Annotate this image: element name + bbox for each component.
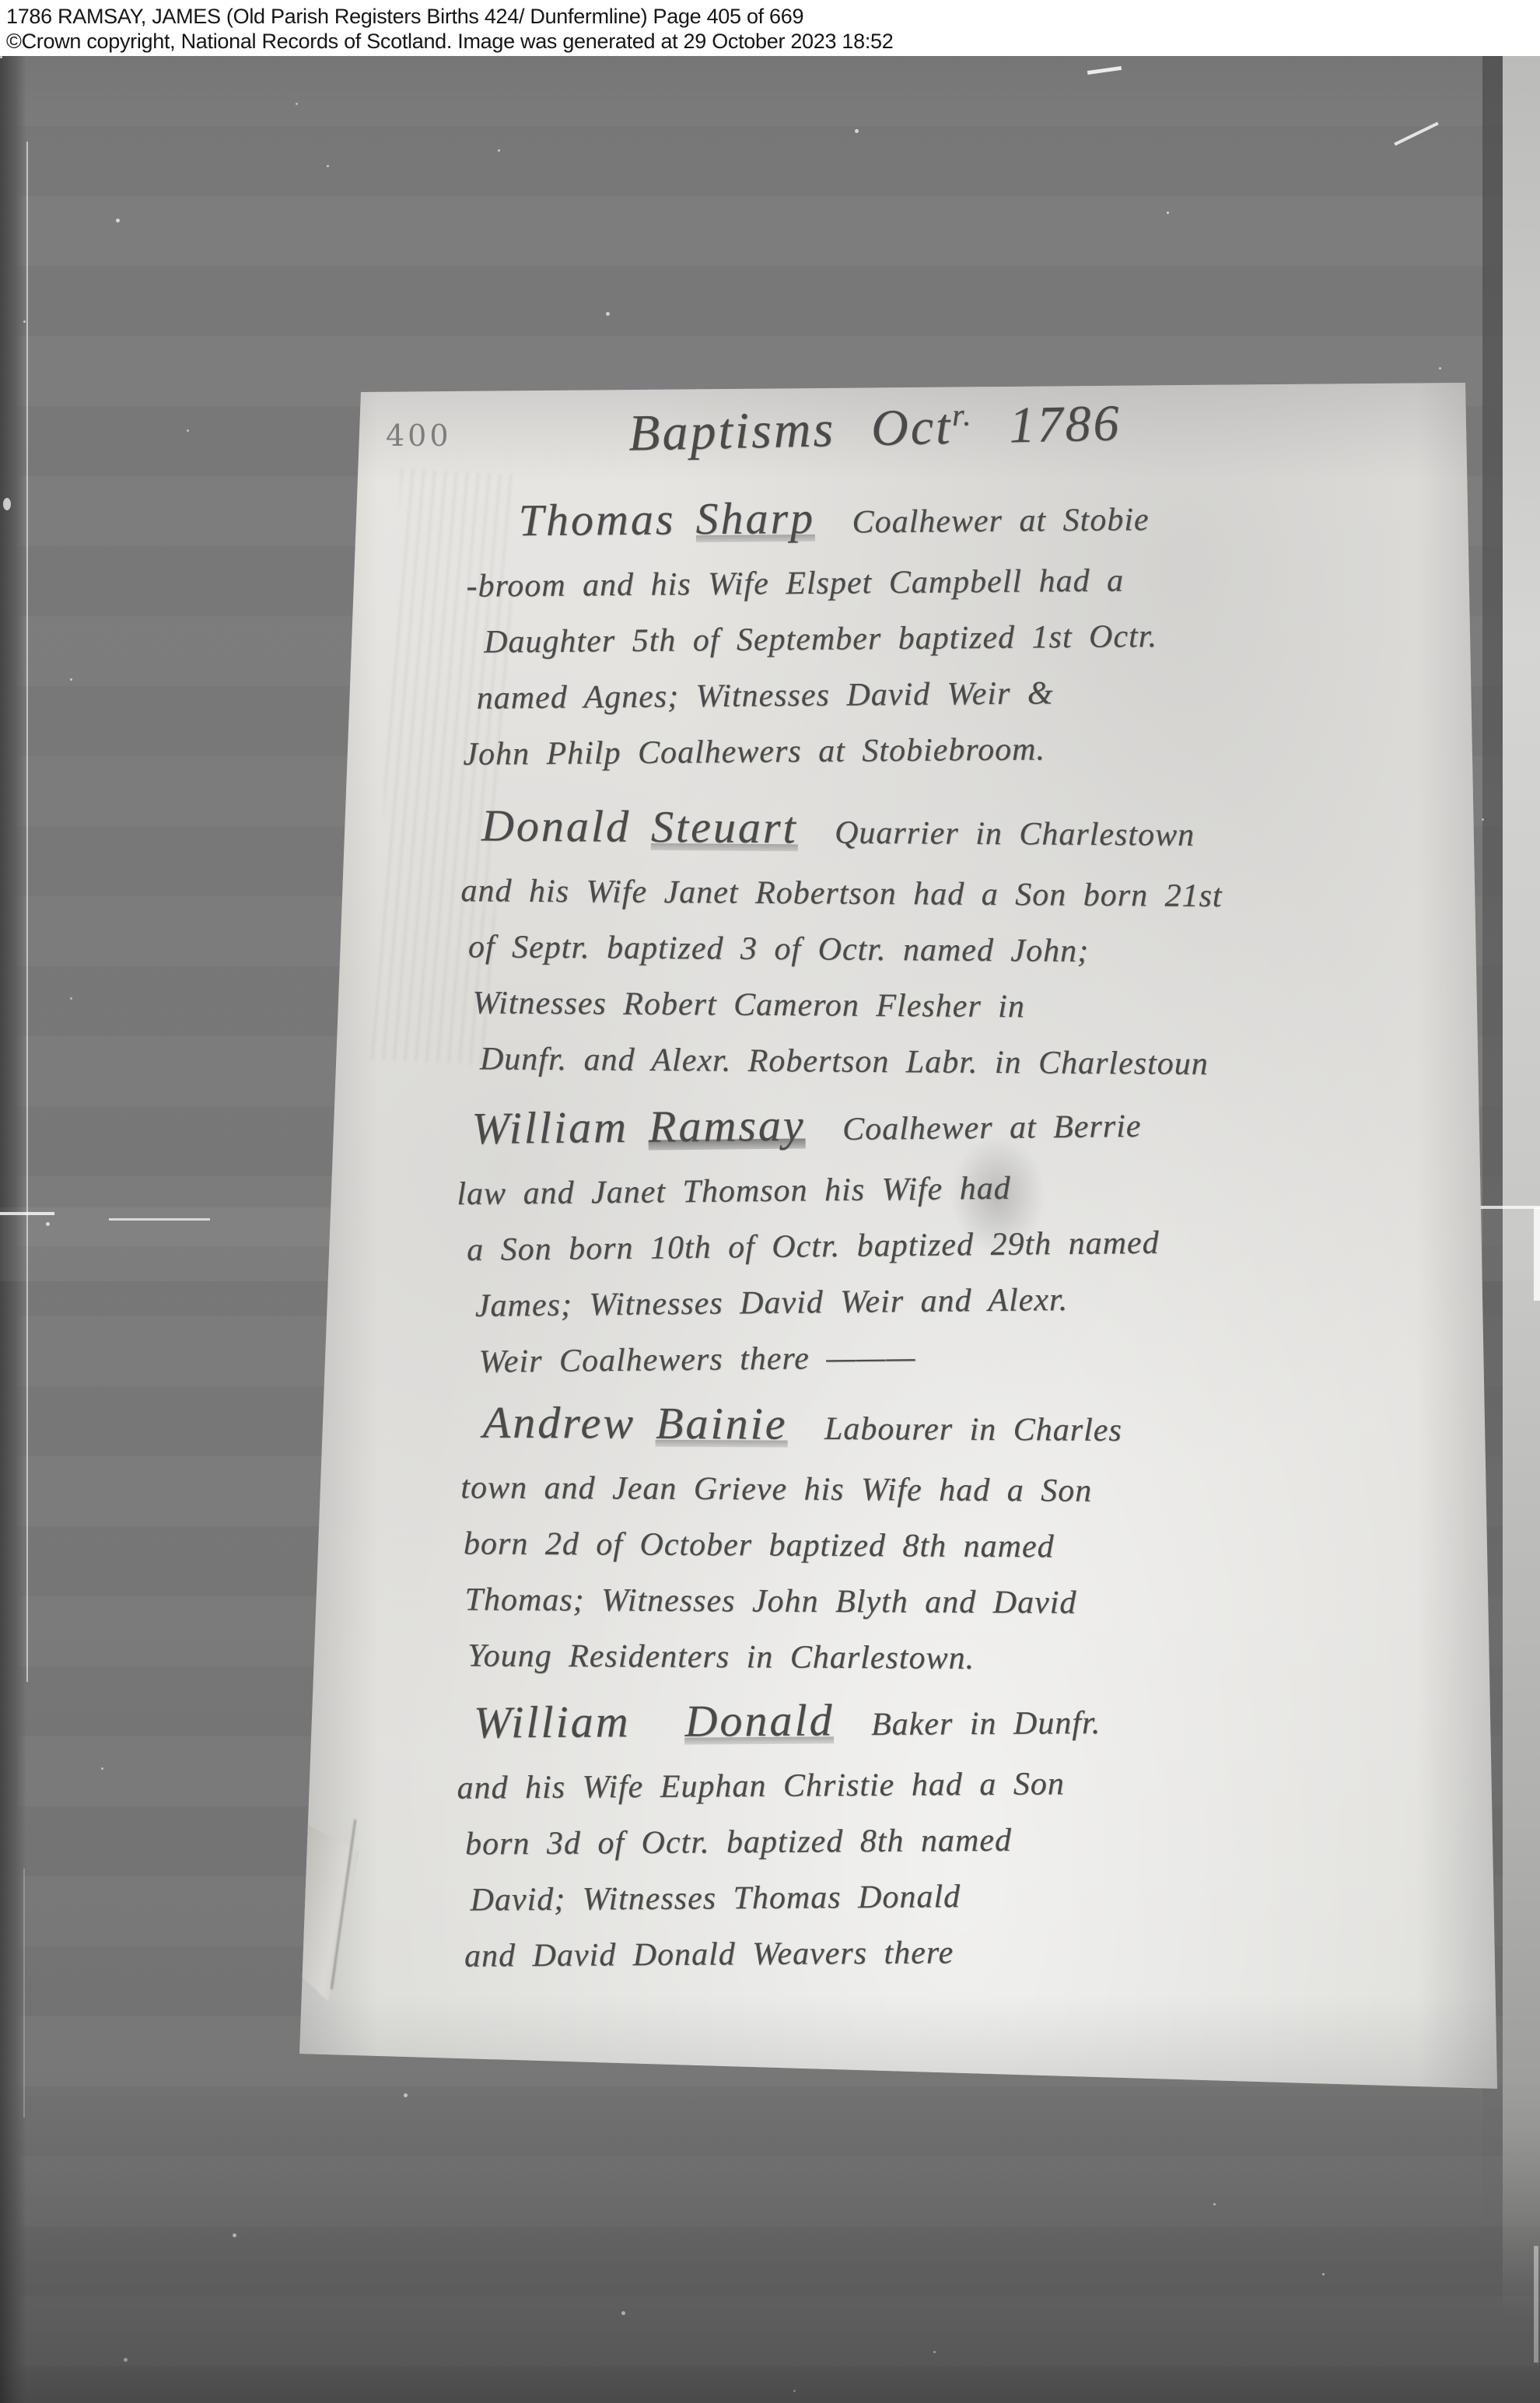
- entry-name-line: ThomasSharp Coalhewer at Stobie: [518, 479, 1507, 558]
- baptism-entry: ThomasSharp Coalhewer at Stobie -broom a…: [471, 479, 1508, 783]
- given-name: Thomas: [518, 494, 675, 546]
- given-name: Andrew: [483, 1397, 636, 1448]
- page-title: BaptismsOctr.1786: [628, 393, 1122, 463]
- header-copyright: ©Crown copyright, National Records of Sc…: [6, 30, 893, 54]
- entry-text: Baker in Dunfr.: [871, 1705, 1101, 1743]
- given-name: William: [471, 1102, 628, 1154]
- entry-name-line: DonaldSteuart Quarrier in Charlestown: [481, 793, 1509, 870]
- entry-line: Daughter 5th of September baptized 1st O…: [484, 605, 1508, 670]
- film-scratch: [109, 1218, 210, 1221]
- adjacent-page-edge: [1503, 56, 1540, 2316]
- surname: Sharp: [695, 492, 815, 544]
- title-word: Oct: [870, 398, 953, 457]
- entry-line: Dunfr. and Alexr. Robertson Labr. in Cha…: [480, 1031, 1507, 1094]
- entry-line: of Septr. baptized 3 of Octr. named John…: [468, 919, 1507, 982]
- entry-text: Coalhewer at Berrie: [842, 1109, 1142, 1147]
- surname: Donald: [684, 1694, 834, 1746]
- register-page: 400 BaptismsOctr.1786 ThomasSharp Coalhe…: [294, 378, 1501, 2099]
- film-scratch: [1087, 66, 1122, 75]
- entry-line: born 3d of Octr. baptized 8th named: [465, 1809, 1507, 1872]
- surname: Steuart: [651, 801, 798, 853]
- entry-line: Witnesses Robert Cameron Flesher in: [472, 975, 1507, 1038]
- entry-line: David; Witnesses Thomas Donald: [470, 1865, 1507, 1928]
- entry-line: Thomas; Witnesses John Blyth and David: [464, 1571, 1507, 1633]
- entry-line: -broom and his Wife Elspet Campbell had …: [466, 549, 1507, 615]
- entry-text: Quarrier in Charlestown: [835, 815, 1195, 853]
- entry-line: and his Wife Euphan Christie had a Son: [457, 1753, 1507, 1816]
- dust-specks: [0, 56, 2, 58]
- title-year: 1786: [1009, 394, 1122, 454]
- entry-line: town and Jean Grieve his Wife had a Son: [460, 1459, 1507, 1521]
- surname: Ramsay: [649, 1099, 806, 1151]
- film-scratch: [1394, 122, 1438, 146]
- entry-line: Young Residenters in Charlestown.: [467, 1627, 1507, 1689]
- baptism-entry: WilliamRamsay Coalhewer at Berrie law an…: [471, 1085, 1509, 1390]
- entry-line: James; Witnesses David Weir and Alexr.: [475, 1267, 1509, 1334]
- film-scratch: [0, 1212, 54, 1215]
- film-blemish: [3, 498, 11, 510]
- baptism-entry: WilliamDonald Baker in Dunfr. and his Wi…: [472, 1683, 1509, 1984]
- entry-text: Labourer in Charles: [824, 1411, 1122, 1448]
- entry-line: Weir Coalhewers there ———: [478, 1323, 1509, 1390]
- entry-line: born 2d of October baptized 8th named: [464, 1515, 1507, 1577]
- image-header: 1786 RAMSAY, JAMES (Old Parish Registers…: [0, 0, 1540, 56]
- film-scratch: [26, 142, 28, 1682]
- register-photograph: 400 BaptismsOctr.1786 ThomasSharp Coalhe…: [0, 56, 1540, 2403]
- entry-name-line: WilliamDonald Baker in Dunfr.: [474, 1683, 1507, 1760]
- header-citation: 1786 RAMSAY, JAMES (Old Parish Registers…: [6, 5, 803, 29]
- entry-line: and David Donald Weavers there: [464, 1921, 1508, 1984]
- entry-text: Coalhewer at Stobie: [852, 502, 1149, 540]
- entry-line: named Agnes; Witnesses David Weir &: [476, 661, 1508, 727]
- baptism-entry: AndrewBainie Labourer in Charles town an…: [472, 1390, 1508, 1690]
- given-name: William: [474, 1696, 631, 1747]
- page-number-stamp: 400: [386, 419, 452, 453]
- entry-line: and his Wife Janet Robertson had a Son b…: [460, 863, 1507, 926]
- entry-name-line: WilliamRamsay Coalhewer at Berrie: [471, 1085, 1507, 1166]
- baptism-entries: ThomasSharp Coalhewer at Stobie -broom a…: [473, 484, 1507, 1981]
- given-name: Donald: [481, 800, 631, 851]
- screenshot-root: { "header": { "line1": "1786 RAMSAY, JAM…: [0, 0, 1540, 2403]
- entry-line: John Philp Coalhewers at Stobiebroom.: [463, 717, 1509, 783]
- baptism-entry: DonaldSteuart Quarrier in Charlestown an…: [472, 793, 1509, 1094]
- title-superscript: r.: [952, 397, 974, 433]
- surname: Bainie: [656, 1398, 788, 1449]
- title-word: Baptisms: [628, 401, 836, 462]
- entry-name-line: AndrewBainie Labourer in Charles: [483, 1390, 1508, 1466]
- film-bottom-shading: [0, 2076, 1540, 2403]
